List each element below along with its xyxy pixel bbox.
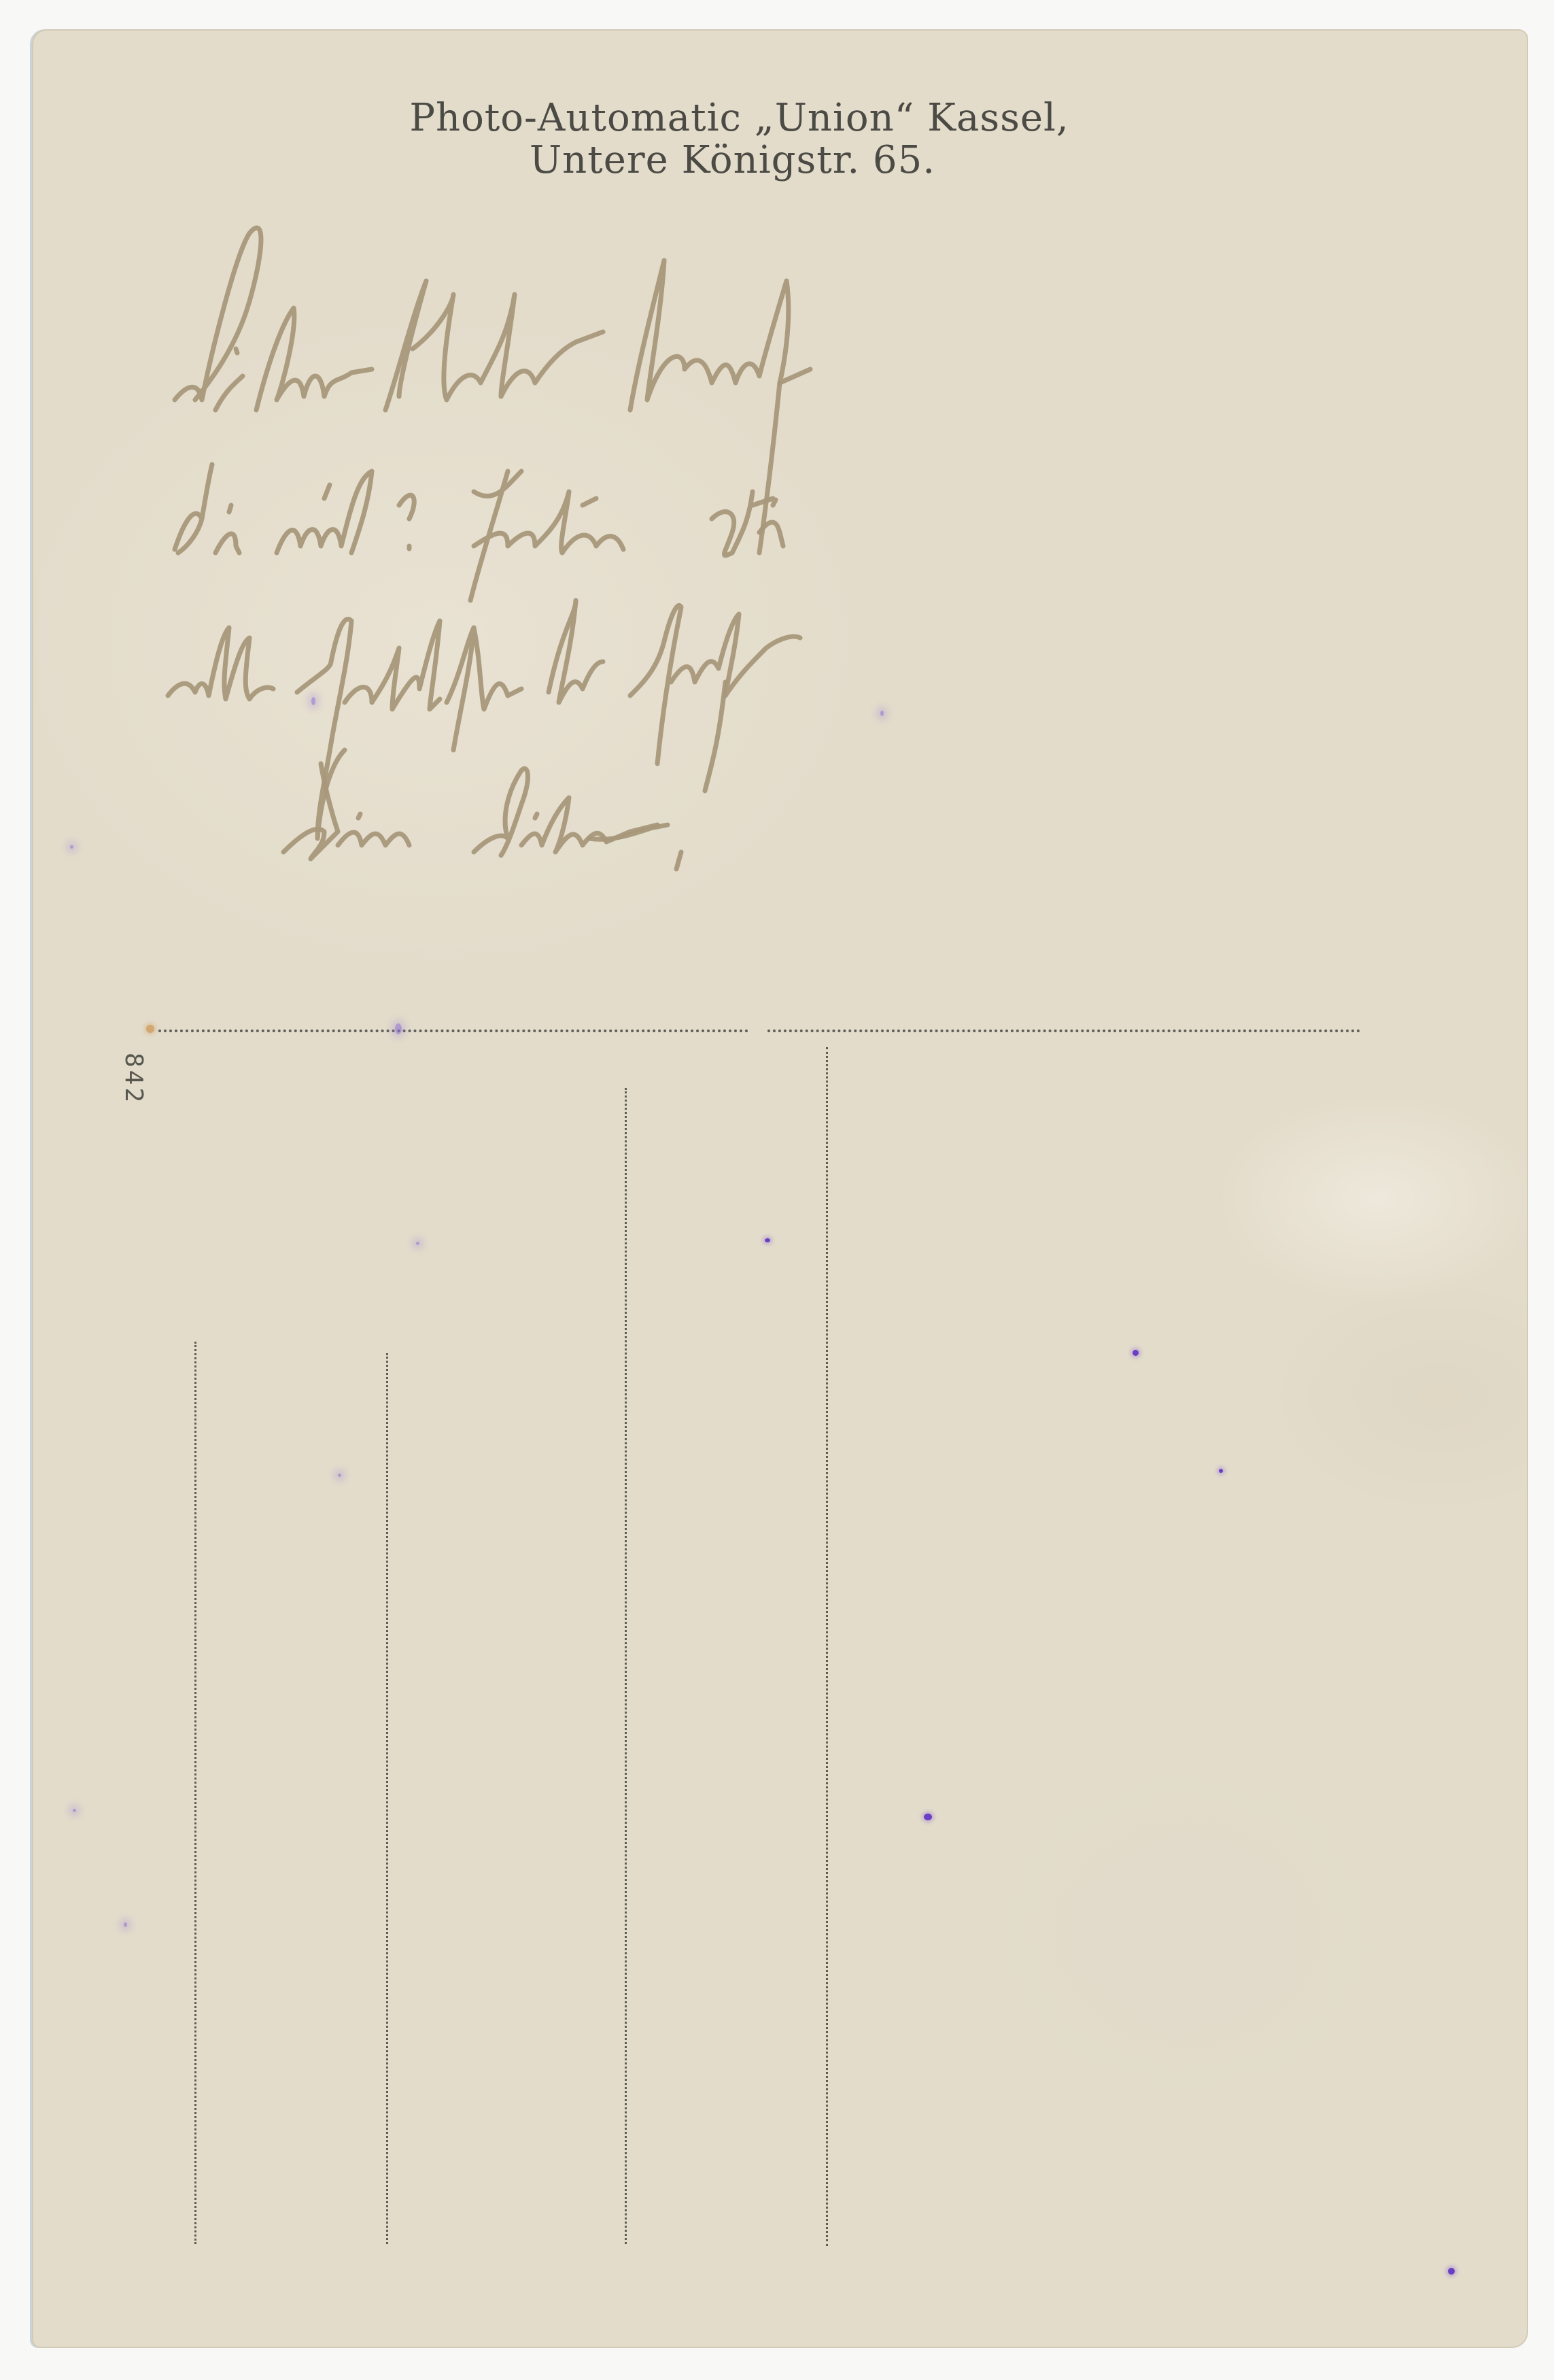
ink-speck bbox=[1133, 1350, 1139, 1356]
ink-speck bbox=[880, 711, 884, 716]
ink-speck bbox=[1219, 1469, 1223, 1473]
dotted-line-address-divider bbox=[826, 1047, 828, 2246]
ink-speck bbox=[338, 1474, 341, 1477]
dotted-line-1 bbox=[194, 1342, 196, 2244]
ink-speck bbox=[395, 1023, 402, 1034]
dotted-line-3 bbox=[625, 1088, 627, 2244]
ink-speck bbox=[73, 1809, 76, 1812]
divider-horizontal-right bbox=[767, 1030, 1360, 1032]
printed-publisher-address: Untere Königstr. 65. bbox=[0, 139, 1481, 182]
handwritten-line-2: du mal? Senden dir bbox=[141, 451, 879, 538]
ink-speck bbox=[924, 1814, 932, 1820]
ink-speck bbox=[124, 1922, 127, 1927]
ink-speck bbox=[70, 845, 73, 849]
ink-speck bbox=[1448, 2268, 1455, 2275]
ink-speck bbox=[416, 1242, 419, 1245]
handwritten-line-3: alle herzlichsten Grüße bbox=[134, 600, 1022, 687]
divider-horizontal-left bbox=[158, 1030, 748, 1032]
dotted-line-2 bbox=[386, 1353, 388, 2244]
handwritten-line-1: Lieber Vater kommst bbox=[161, 288, 956, 375]
printed-publisher-name: Photo-Automatic „Union“ Kassel, bbox=[0, 97, 1487, 139]
series-number: 842 bbox=[120, 1053, 148, 1105]
ink-speck bbox=[311, 697, 315, 705]
rust-spot bbox=[146, 1025, 154, 1033]
postcard-back: Photo-Automatic „Union“ Kassel, Untere K… bbox=[32, 29, 1528, 2348]
ink-speck bbox=[765, 1238, 770, 1242]
handwritten-signature: Deine Lieben, bbox=[249, 764, 776, 851]
